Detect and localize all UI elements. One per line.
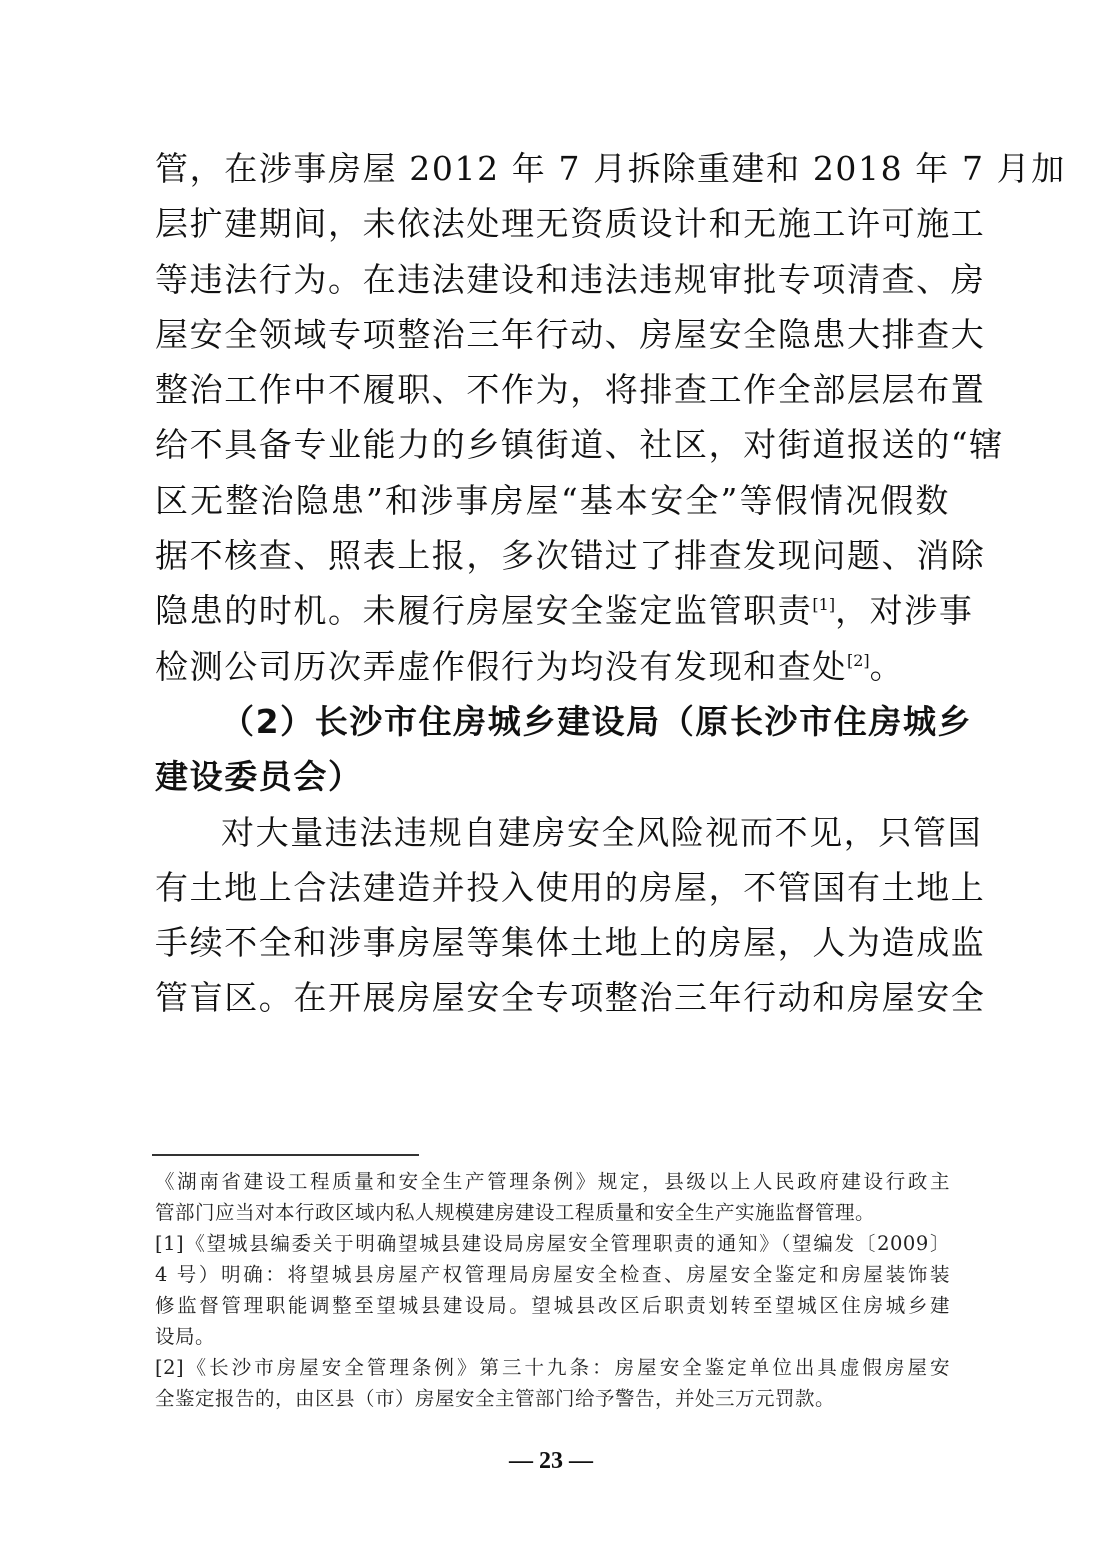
body-line: 管盲区。在开展房屋安全专项整治三年行动和房屋安全 <box>155 970 950 1025</box>
body-line: 手续不全和涉事房屋等集体土地上的房屋，人为造成监 <box>155 915 950 970</box>
section-heading-continued: 建设委员会） <box>155 749 950 804</box>
body-line: 管，在涉事房屋 2012 年 7 月拆除重建和 2018 年 7 月加 <box>155 141 950 196</box>
body-line-with-footnote-ref: 检测公司历次弄虚作假行为均没有发现和查处[2]。 <box>155 639 950 694</box>
footnote-line: 管部门应当对本行政区域内私人规模建房建设工程质量和安全生产实施监督管理。 <box>155 1197 950 1228</box>
body-line: 等违法行为。在违法建设和违法违规审批专项清查、房 <box>155 252 950 307</box>
body-line: 对大量违法违规自建房安全风险视而不见，只管国 <box>155 805 950 860</box>
body-line: 据不核查、照表上报，多次错过了排查发现问题、消除 <box>155 528 950 583</box>
body-text-segment: 。 <box>870 647 905 686</box>
body-line: 屋安全领域专项整治三年行动、房屋安全隐患大排查大 <box>155 307 950 362</box>
body-line-with-footnote-ref: 隐患的时机。未履行房屋安全鉴定监管职责[1]，对涉事 <box>155 583 950 638</box>
page-number: — 23 — <box>0 1448 1102 1475</box>
body-text-segment: 检测公司历次弄虚作假行为均没有发现和查处 <box>155 647 847 686</box>
footnote-ref-2[interactable]: [2] <box>847 651 870 670</box>
body-line: 有土地上合法建造并投入使用的房屋，不管国有土地上 <box>155 860 950 915</box>
footnotes: 《湖南省建设工程质量和安全生产管理条例》规定，县级以上人民政府建设行政主 管部门… <box>155 1166 950 1414</box>
footnote-line: [1]《望城县编委关于明确望城县建设局房屋安全管理职责的通知》（望编发〔2009… <box>155 1228 950 1259</box>
body-line: 整治工作中不履职、不作为，将排查工作全部层层布置 <box>155 362 950 417</box>
body-text-segment: ，对涉事 <box>835 591 973 630</box>
footnote-separator <box>152 1154 419 1156</box>
body-text-segment: 隐患的时机。未履行房屋安全鉴定监管职责 <box>155 591 812 630</box>
document-page: 管，在涉事房屋 2012 年 7 月拆除重建和 2018 年 7 月加 层扩建期… <box>0 0 1102 1559</box>
footnote-ref-1[interactable]: [1] <box>812 595 835 614</box>
footnote-line: 修监督管理职能调整至望城县建设局。望城县改区后职责划转至望城区住房城乡建 <box>155 1290 950 1321</box>
section-heading: （2）长沙市住房城乡建设局（原长沙市住房城乡 <box>155 694 950 749</box>
footnote-line: 《湖南省建设工程质量和安全生产管理条例》规定，县级以上人民政府建设行政主 <box>155 1166 950 1197</box>
footnote-line: 设局。 <box>155 1321 950 1352</box>
body-line: 区无整治隐患”和涉事房屋“基本安全”等假情况假数 <box>155 473 950 528</box>
footnote-line: [2]《长沙市房屋安全管理条例》第三十九条：房屋安全鉴定单位出具虚假房屋安 <box>155 1352 950 1383</box>
main-body-text: 管，在涉事房屋 2012 年 7 月拆除重建和 2018 年 7 月加 层扩建期… <box>155 141 950 1026</box>
body-line: 层扩建期间，未依法处理无资质设计和无施工许可施工 <box>155 196 950 251</box>
body-line: 给不具备专业能力的乡镇街道、社区，对街道报送的“辖 <box>155 417 950 472</box>
footnote-line: 全鉴定报告的，由区县（市）房屋安全主管部门给予警告，并处三万元罚款。 <box>155 1383 950 1414</box>
footnote-line: 4 号）明确：将望城县房屋产权管理局房屋安全检查、房屋安全鉴定和房屋装饰装 <box>155 1259 950 1290</box>
